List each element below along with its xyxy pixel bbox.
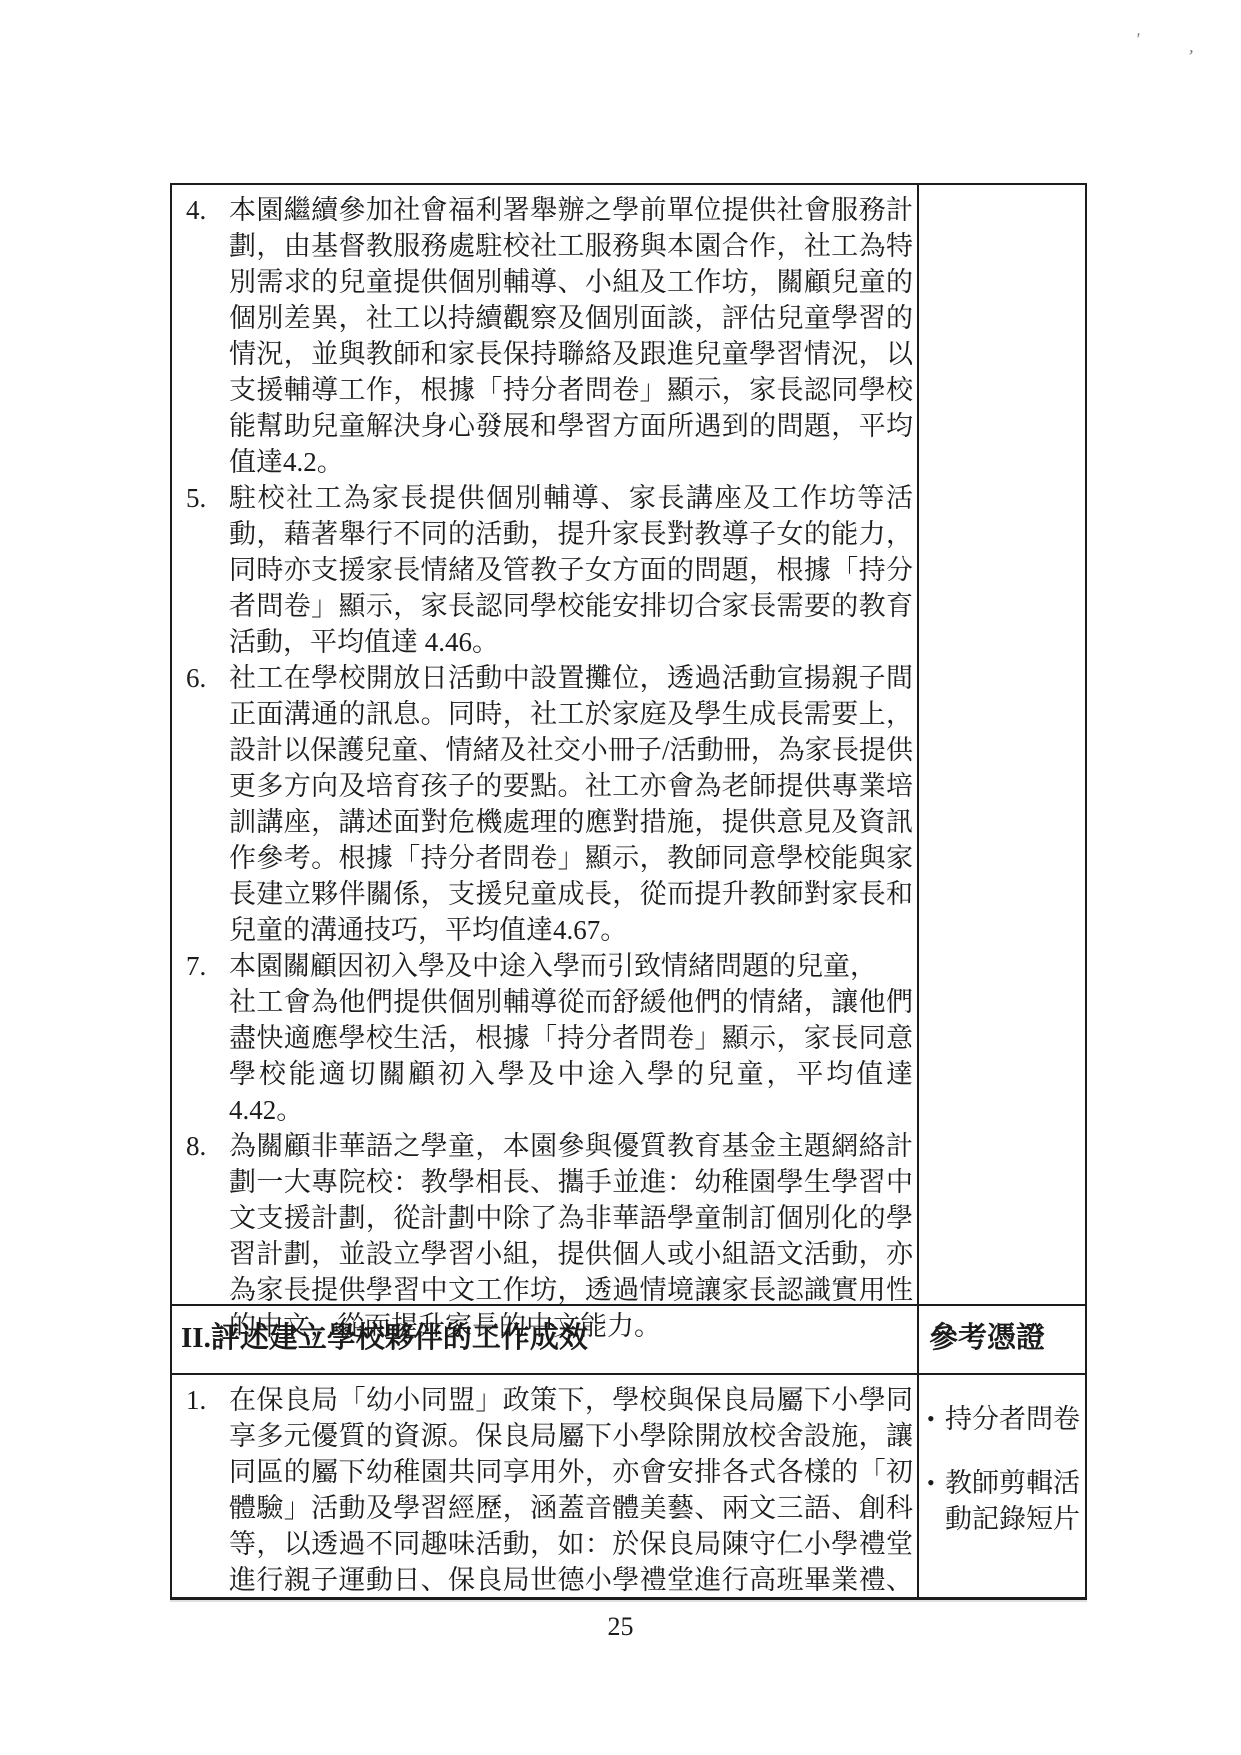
item-text: 本園繼續參加社會福利署舉辦之學前單位提供社會服務計劃，由基督教服務處駐校社工服務… [229, 192, 917, 480]
assessment-table: 4. 本園繼續參加社會福利署舉辦之學前單位提供社會服務計劃，由基督教服務處駐校社… [170, 183, 1087, 1600]
reference-header-cell: 參考憑證 [917, 1306, 1085, 1373]
item-number: 1. [172, 1382, 229, 1597]
item-number: 7. [172, 948, 229, 1128]
item-number: 6. [172, 660, 229, 948]
bullet-icon: • [927, 1401, 945, 1437]
item-text: 在保良局「幼小同盟」政策下，學校與保良局屬下小學同享多元優質的資源。保良局屬下小… [229, 1382, 917, 1597]
reference-text: 持分者問卷 [945, 1401, 1081, 1437]
item-number: 4. [172, 192, 229, 480]
section2-title: II.評述建立學校夥伴的工作成效 [172, 1306, 917, 1355]
item-text: 社工在學校開放日活動中設置攤位，透過活動宣揚親子間正面溝通的訊息。同時，社工於家… [229, 660, 917, 948]
list-item-7: 7. 本園關顧因初入學及中途入學而引致情緒問題的兒童， 社工會為他們提供個別輔導… [172, 948, 917, 1128]
page-number: 25 [0, 1612, 1241, 1642]
section2-header-row: II.評述建立學校夥伴的工作成效 參考憑證 [172, 1304, 1085, 1375]
list-item-6: 6. 社工在學校開放日活動中設置攤位，透過活動宣揚親子間正面溝通的訊息。同時，社… [172, 660, 917, 948]
item-text: 駐校社工為家長提供個別輔導、家長講座及工作坊等活動，藉著舉行不同的活動，提升家長… [229, 480, 917, 660]
section2-text-cell: 1. 在保良局「幼小同盟」政策下，學校與保良局屬下小學同享多元優質的資源。保良局… [172, 1375, 917, 1597]
scan-speckle: , [1189, 37, 1196, 55]
reference-item: • 教師剪輯活動記錄短片 [927, 1465, 1081, 1537]
reference-text: 教師剪輯活動記錄短片 [945, 1465, 1081, 1537]
scanned-document-page: ' , 4. 本園繼續參加社會福利署舉辦之學前單位提供社會服務計劃，由基督教服務… [0, 0, 1241, 1755]
list-item-4: 4. 本園繼續參加社會福利署舉辦之學前單位提供社會服務計劃，由基督教服務處駐校社… [172, 192, 917, 480]
section1-text-cell: 4. 本園繼續參加社會福利署舉辦之學前單位提供社會服務計劃，由基督教服務處駐校社… [172, 185, 917, 1304]
item-number: 5. [172, 480, 229, 660]
section1-row: 4. 本園繼續參加社會福利署舉辦之學前單位提供社會服務計劃，由基督教服務處駐校社… [172, 185, 1085, 1304]
reference-item: • 持分者問卷 [927, 1401, 1081, 1437]
list-item-1: 1. 在保良局「幼小同盟」政策下，學校與保良局屬下小學同享多元優質的資源。保良局… [172, 1382, 917, 1597]
section2-reference-cell: • 持分者問卷 • 教師剪輯活動記錄短片 [917, 1375, 1085, 1597]
scan-speckle: ' [1134, 30, 1141, 48]
section2-row: 1. 在保良局「幼小同盟」政策下，學校與保良局屬下小學同享多元優質的資源。保良局… [172, 1375, 1085, 1597]
section1-reference-cell [917, 185, 1085, 1304]
reference-header: 參考憑證 [919, 1306, 1085, 1355]
bullet-icon: • [927, 1465, 945, 1537]
list-item-5: 5. 駐校社工為家長提供個別輔導、家長講座及工作坊等活動，藉著舉行不同的活動，提… [172, 480, 917, 660]
item-text: 本園關顧因初入學及中途入學而引致情緒問題的兒童， 社工會為他們提供個別輔導從而舒… [229, 948, 917, 1128]
section2-header-cell: II.評述建立學校夥伴的工作成效 [172, 1306, 917, 1373]
